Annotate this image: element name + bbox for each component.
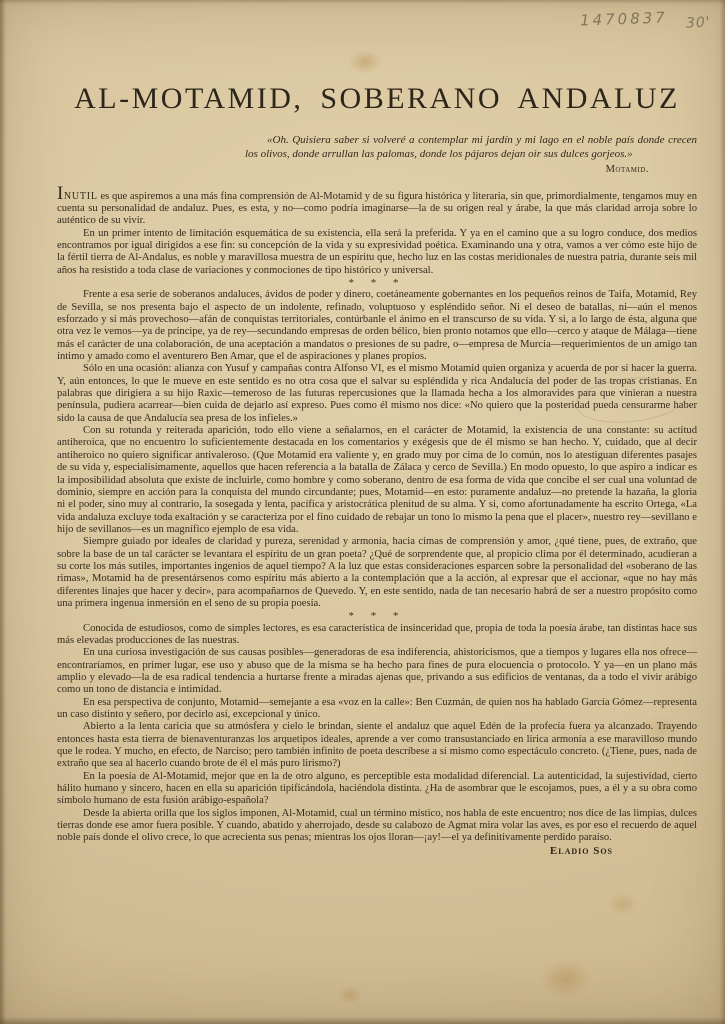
lead-word: NUTIL (64, 191, 98, 202)
paragraph: Conocida de estudiosos, como de simples … (57, 623, 697, 648)
paper-stain (608, 892, 638, 916)
scanned-page: 1470837 30' AL-MOTAMID, SOBERANO ANDALUZ… (0, 0, 725, 1024)
paper-stain (540, 960, 592, 998)
paragraph: En la poesía de Al-Motamid, mejor que en… (57, 771, 697, 808)
article-title: AL-MOTAMID, SOBERANO ANDALUZ (57, 84, 697, 114)
epigraph-text: «Oh. Quisiera saber si volveré a contemp… (245, 134, 697, 161)
epigraph-attribution: Motamid. (245, 163, 697, 177)
paragraph: Sólo en una ocasión: alianza con Yusuf y… (57, 363, 697, 425)
epigraph: «Oh. Quisiera saber si volveré a contemp… (245, 134, 697, 177)
page-edge-shadow-bottom (0, 1017, 725, 1024)
article-content: AL-MOTAMID, SOBERANO ANDALUZ «Oh. Quisie… (57, 0, 697, 857)
paper-stain (338, 986, 362, 1004)
section-separator: * * * (57, 277, 697, 289)
paragraph: Desde la abierta orilla que los siglos i… (57, 808, 697, 845)
paragraph: Siempre guiado por ideales de claridad y… (57, 536, 697, 610)
paragraph-text: es que aspiremos a una más fina comprens… (57, 191, 697, 227)
paragraph: Abierto a la lenta caricia que su atmósf… (57, 721, 697, 770)
drop-cap: I (57, 183, 64, 204)
paragraph: En una curiosa investigación de sus caus… (57, 647, 697, 696)
paragraph: Frente a esa serie de soberanos andaluce… (57, 289, 697, 363)
author-signature: Eladio Sos (57, 845, 697, 857)
section-separator: * * * (57, 610, 697, 622)
paragraph: Con su rotunda y reiterada aparición, to… (57, 425, 697, 536)
page-edge-shadow-right (720, 0, 725, 1024)
paragraph: En un primer intento de limitación esque… (57, 228, 697, 277)
page-edge-shadow-left (0, 0, 6, 1024)
paragraph: En esa perspectiva de conjunto, Motamid—… (57, 697, 697, 722)
article-body: INUTIL es que aspiremos a una más fina c… (57, 189, 697, 858)
paragraph: INUTIL es que aspiremos a una más fina c… (57, 189, 697, 228)
